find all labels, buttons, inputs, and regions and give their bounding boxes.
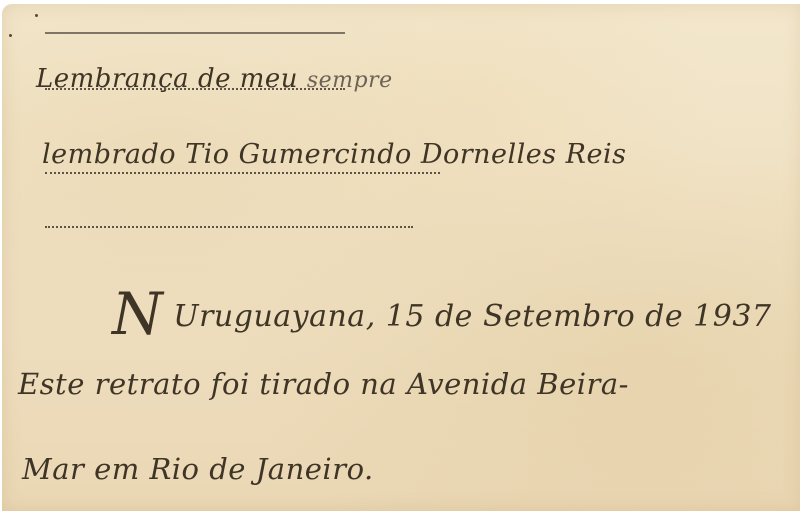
decorative-initial: N xyxy=(112,280,163,348)
printed-rule-top xyxy=(45,32,345,34)
printed-rule-3 xyxy=(45,226,413,228)
postcard-back: Lembrança de meu sempre lembrado Tio Gum… xyxy=(2,4,800,511)
location-text: Mar em Rio de Janeiro. xyxy=(22,452,374,486)
photo-note-text: Este retrato foi tirado na Avenida Beira… xyxy=(18,367,629,401)
corner-dot xyxy=(35,14,38,17)
corner-dot xyxy=(9,34,12,37)
printed-rule-2 xyxy=(45,172,440,174)
handwritten-line-4: Este retrato foi tirado na Avenida Beira… xyxy=(18,367,629,401)
handwritten-line-3: N Uruguayana, 15 de Setembro de 1937 xyxy=(112,272,772,340)
printed-rule-1 xyxy=(45,88,345,90)
handwritten-line-2: lembrado Tio Gumercindo Dornelles Reis xyxy=(42,139,626,170)
recipient-name-text: lembrado Tio Gumercindo Dornelles Reis xyxy=(42,139,626,170)
place-date-text: Uruguayana, 15 de Setembro de 1937 xyxy=(173,299,771,334)
handwritten-line-5: Mar em Rio de Janeiro. xyxy=(22,452,374,486)
